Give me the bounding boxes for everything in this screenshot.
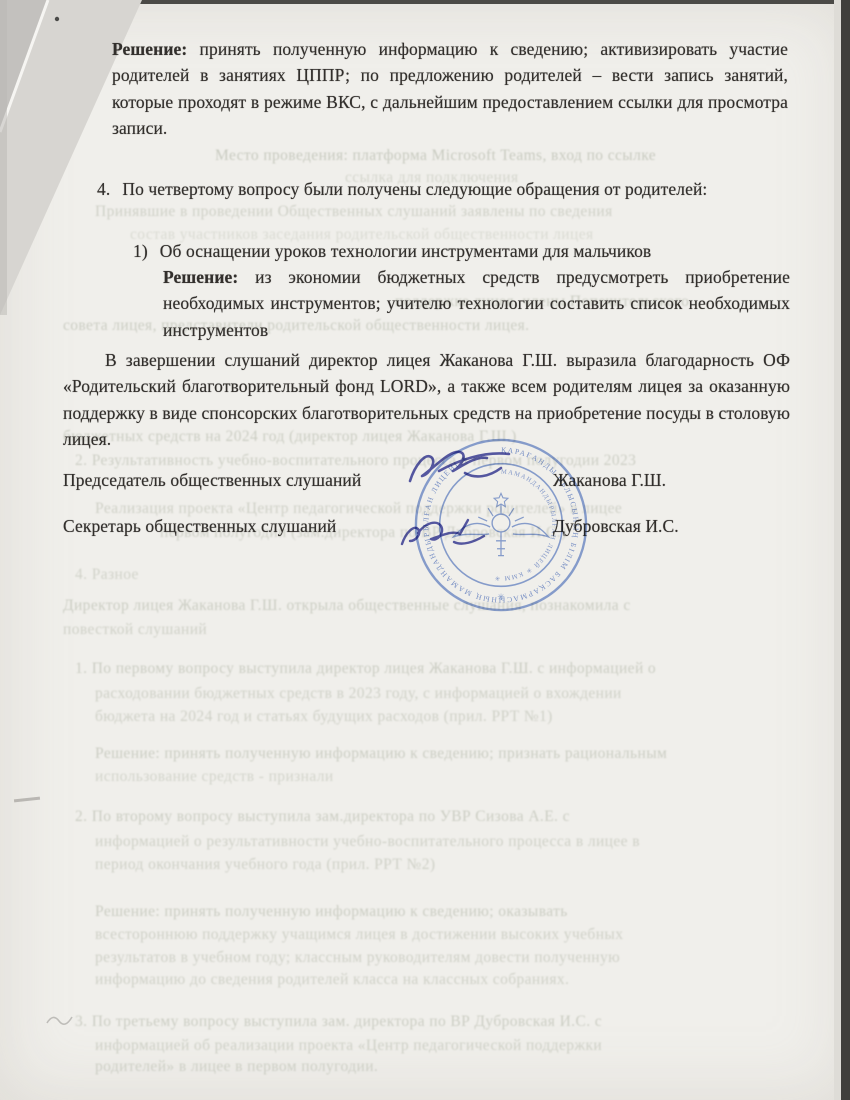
bleedthrough-text-line: Решение: принять полученную информацию к…: [95, 745, 667, 763]
bleedthrough-text-line: информацией об реализации проекта «Центр…: [95, 1037, 602, 1055]
bleedthrough-text-line: расходовании бюджетных средств в 2023 го…: [95, 685, 622, 703]
chair-signature: [403, 441, 518, 493]
seal-bottom-star: ✳: [497, 592, 505, 602]
request-item-1-text: Об оснащении уроков технологии инструмен…: [160, 238, 652, 264]
bleedthrough-text-line: Решение: принять полученную информацию к…: [95, 903, 568, 921]
decision-1-text: принять полученную информацию к сведению…: [112, 39, 788, 138]
agenda-item-4: 4. По четвертому вопросу были получены с…: [97, 176, 797, 202]
scanner-edge-right: [841, 0, 850, 1100]
bleedthrough-text-line: информацию до сведения родителей класса …: [95, 971, 569, 989]
scanner-edge-right-shadow: [834, 0, 841, 1100]
request-item-1: 1) Об оснащении уроков технологии инстру…: [133, 238, 813, 264]
bleedthrough-text-line: 1. По первому вопросу выступила директор…: [75, 660, 656, 678]
decision-paragraph-1: Решение: принять полученную информацию к…: [112, 36, 788, 142]
bleedthrough-text-line: информацией о результативности учебно-во…: [95, 833, 640, 851]
request-item-1-number: 1): [133, 238, 148, 264]
bleedthrough-text-line: повесткой слушаний: [63, 621, 207, 639]
bleedthrough-text-line: Место проведения: платформа Microsoft Te…: [215, 147, 656, 165]
secretary-label: Секретарь общественных слушаний: [63, 513, 336, 539]
bleedthrough-text-line: 3. По третьему вопросу выступила зам. ди…: [75, 1013, 602, 1031]
decision-2-lead: Решение:: [163, 267, 238, 287]
decision-1-lead: Решение:: [112, 39, 187, 59]
secretary-signature: [396, 508, 494, 560]
decision-paragraph-2: Решение: из экономии бюджетных средств п…: [163, 264, 790, 343]
agenda-item-4-text: По четвертому вопросу были получены след…: [122, 176, 707, 202]
chair-label: Председатель общественных слушаний: [63, 467, 361, 493]
bleedthrough-text-line: результатов в учебном году; классным рук…: [95, 949, 620, 967]
decision-2-text: из экономии бюджетных средств предусмотр…: [163, 267, 790, 340]
margin-dash-mark: [14, 797, 40, 803]
bleedthrough-text-line: период окончания учебного года (прил. РР…: [95, 856, 435, 874]
agenda-item-4-number: 4.: [97, 176, 110, 202]
bleedthrough-text-line: 4. Разное: [75, 566, 139, 584]
bleedthrough-text-line: всестороннюю поддержку учащимся лицея в …: [95, 926, 623, 944]
scanned-document-page: Место проведения: платформа Microsoft Te…: [0, 0, 850, 1100]
bleedthrough-text-line: родителей» в лицее в первом полугодии.: [95, 1058, 378, 1076]
bleedthrough-text-line: бюджета на 2024 год и статьях будущих ра…: [95, 708, 553, 726]
bleedthrough-text-line: 2. По второму вопросу выступила зам.дире…: [75, 808, 570, 826]
pencil-mark: [44, 1006, 86, 1030]
bleedthrough-text-line: Принявшие в проведении Общественных слуш…: [95, 203, 613, 221]
bleedthrough-text-line: использование средств - признали: [95, 768, 334, 786]
